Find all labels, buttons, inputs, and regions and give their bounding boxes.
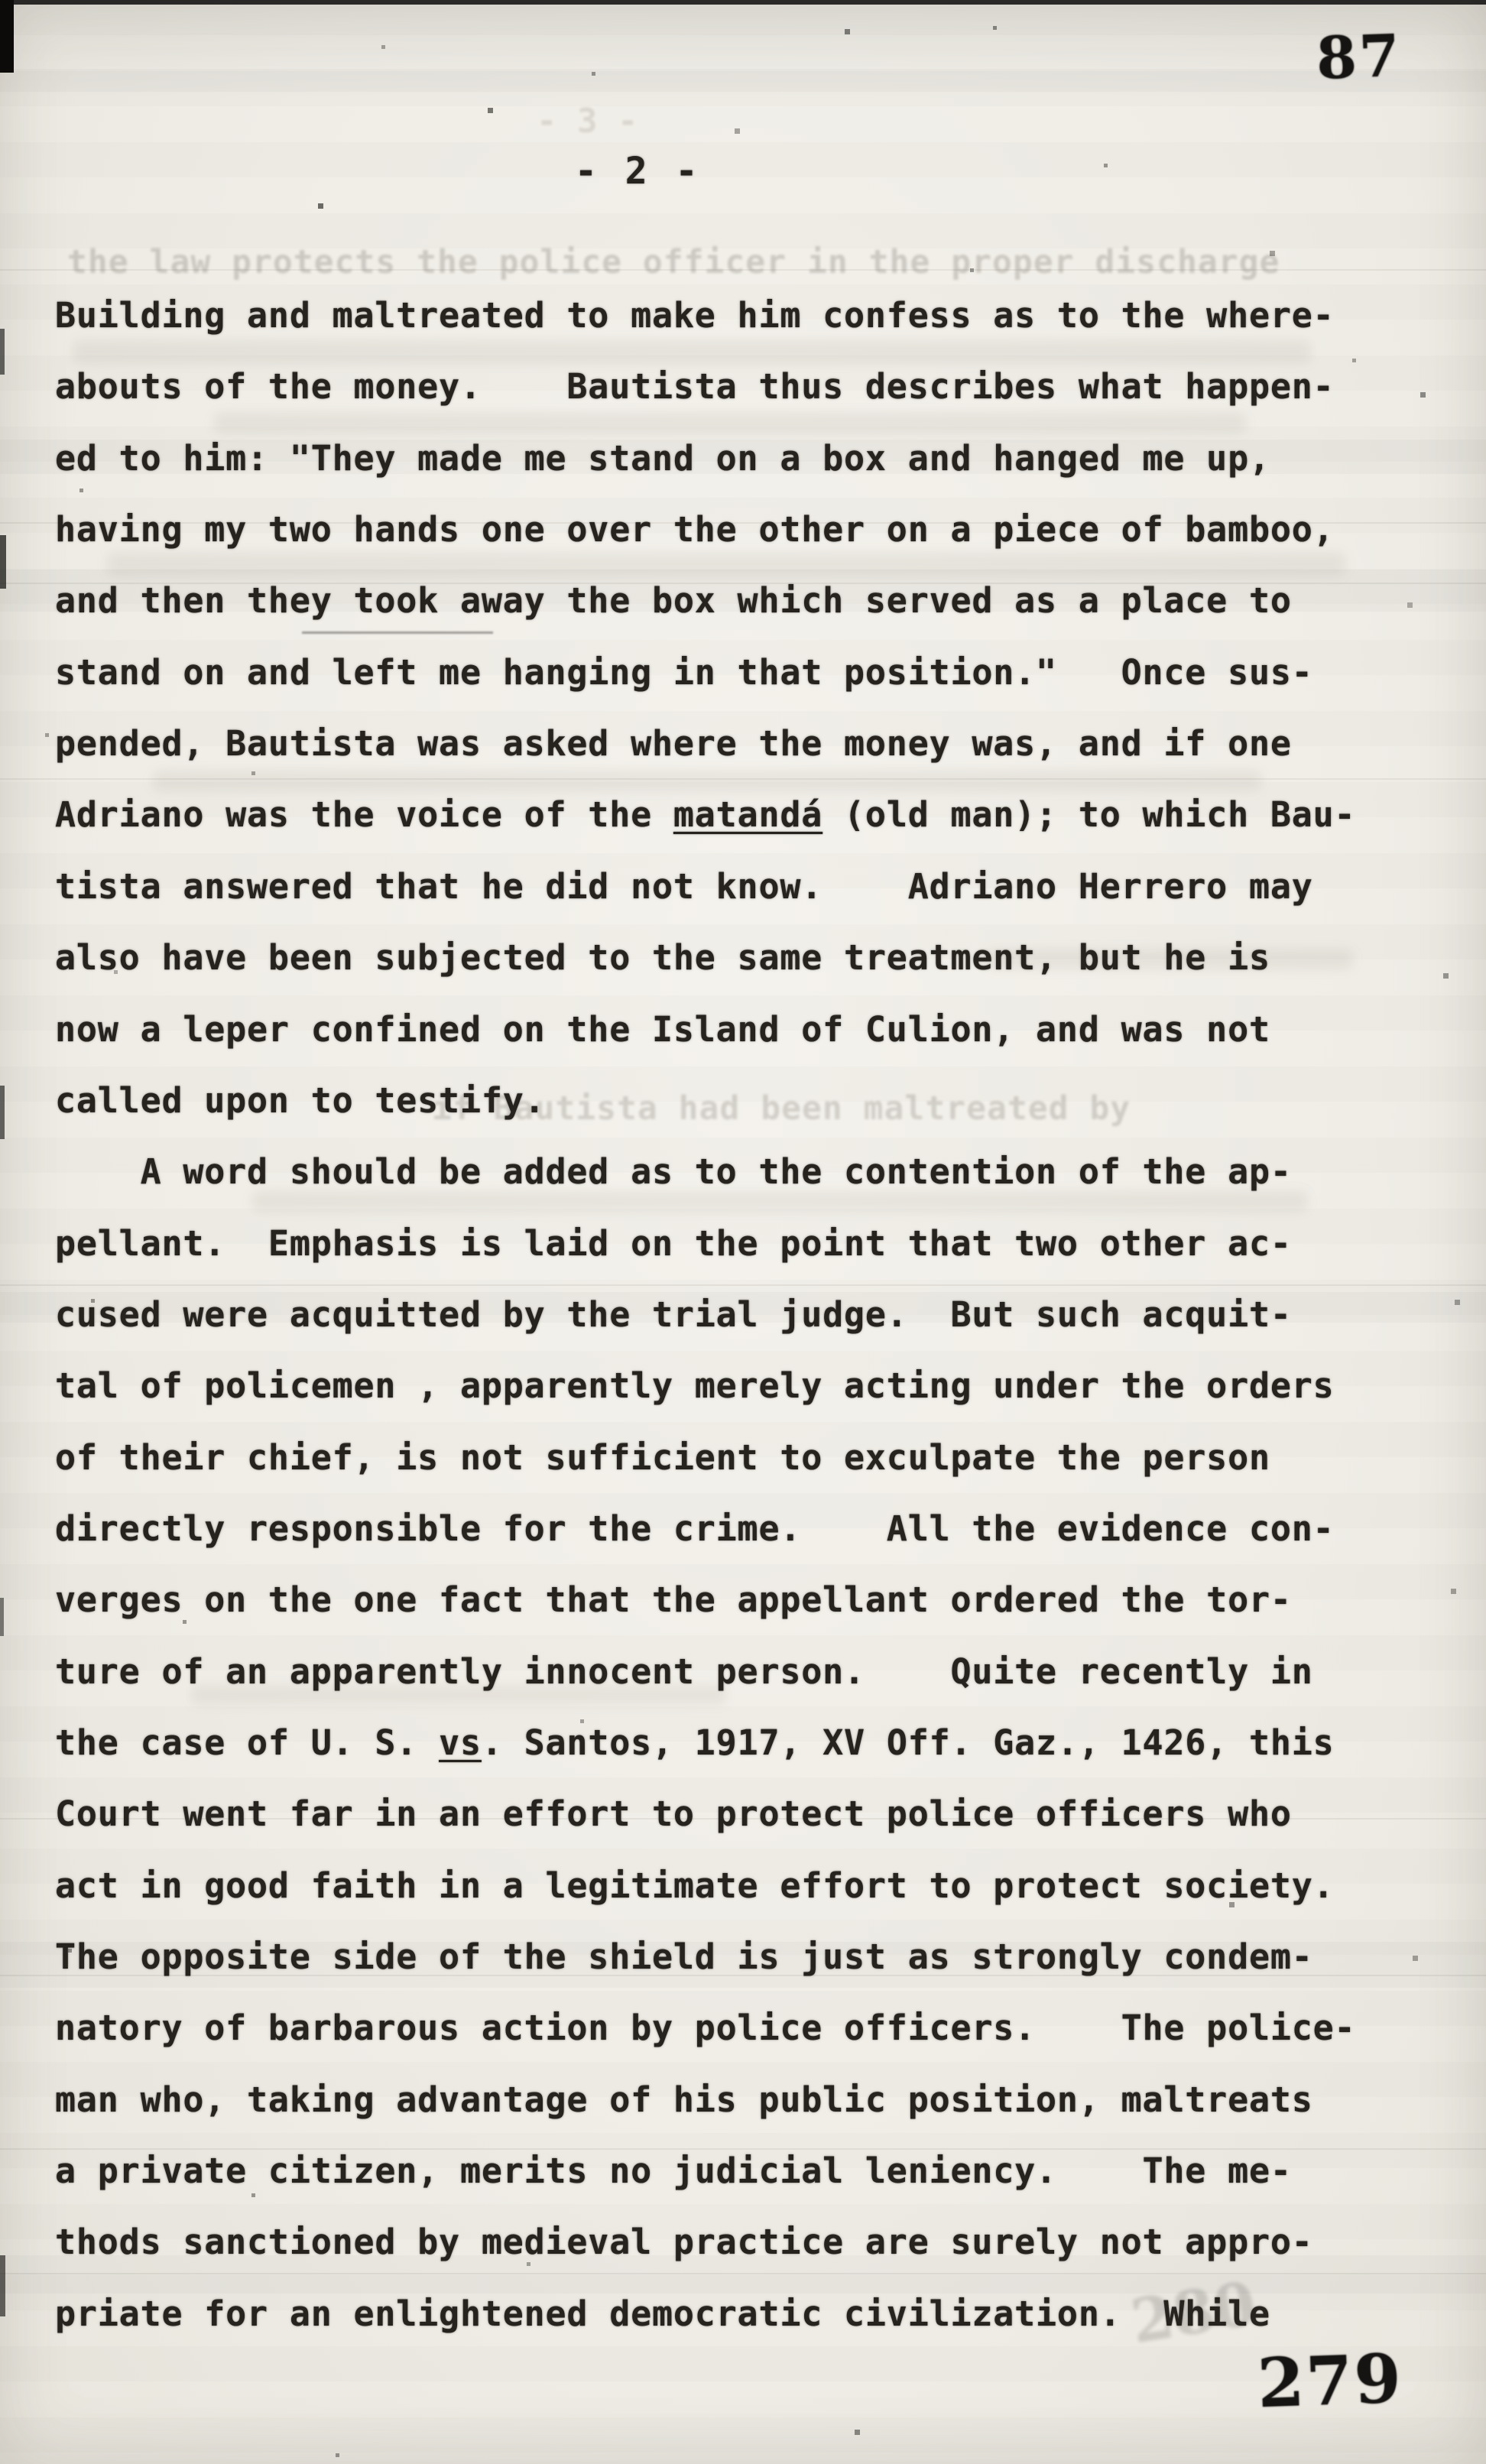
scanned-document-page: - 3 - the law protects the police office… [0,0,1486,2464]
text-line: also have been subjected to the same tre… [55,938,1270,978]
text-segment: (old man); to which Bau- [822,794,1355,835]
text-segment: also have been subjected to the same tre… [55,937,1270,978]
scan-line [0,1284,1486,1286]
underlined-word: vs [439,1722,482,1763]
text-line: stand on and left me hanging in that pos… [55,653,1313,693]
text-segment: of their chief, is not sufficient to exc… [55,1437,1270,1478]
text-segment: pellant. Emphasis is laid on the point t… [55,1223,1292,1264]
scan-edge [0,0,14,73]
page-number: - 2 - [575,151,701,191]
text-line: The opposite side of the shield is just … [55,1937,1313,1977]
text-segment: thods sanctioned by medieval practice ar… [55,2222,1313,2262]
text-line: directly responsible for the crime. All … [55,1509,1335,1549]
text-segment: verges on the one fact that the appellan… [55,1579,1292,1620]
text-segment: Adriano was the voice of the [55,794,673,835]
text-line: priate for an enlightened democratic civ… [55,2294,1270,2334]
dust-specks [0,0,2,2]
text-line: ed to him: "They made me stand on a box … [55,439,1270,479]
underlined-word: matandá [673,794,822,835]
text-line: natory of barbarous action by police off… [55,2008,1355,2048]
text-line: tal of policemen , apparently merely act… [55,1366,1335,1406]
text-segment: tal of policemen , apparently merely act… [55,1365,1335,1406]
text-line: ture of an apparently innocent person. Q… [55,1652,1313,1692]
text-line: of their chief, is not sufficient to exc… [55,1438,1270,1478]
text-segment: directly responsible for the crime. All … [55,1508,1335,1549]
text-line: a private citizen, merits no judicial le… [55,2151,1292,2191]
text-segment: pended, Bautista was asked where the mon… [55,723,1292,764]
text-segment: The opposite side of the shield is just … [55,1936,1313,1977]
text-segment: natory of barbarous action by police off… [55,2008,1355,2048]
text-line: act in good faith in a legitimate effort… [55,1866,1335,1906]
scan-edge [0,535,6,589]
bleedthrough-smudge [107,553,1345,576]
text-line: man who, taking advantage of his public … [55,2080,1313,2120]
bleedthrough-smudge [153,771,1261,790]
text-line: and then they took away the box which se… [55,581,1292,621]
text-segment: now a leper confined on the Island of Cu… [55,1009,1270,1050]
bleedthrough-smudge [73,340,1311,363]
text-segment: . Santos, 1917, XV Off. Gaz., 1426, this [482,1722,1335,1763]
scan-edge [0,329,5,375]
text-line: thods sanctioned by medieval practice ar… [55,2222,1313,2262]
bleedthrough-smudge [252,1191,1307,1211]
text-segment: tista answered that he did not know. Adr… [55,866,1313,907]
text-segment: called upon to testify. [55,1080,546,1121]
stray-ink-line [302,631,493,634]
text-line: now a leper confined on the Island of Cu… [55,1010,1270,1050]
text-segment: ture of an apparently innocent person. Q… [55,1651,1313,1692]
text-segment: Court went far in an effort to protect p… [55,1794,1292,1834]
text-segment: having my two hands one over the other o… [55,509,1335,550]
text-segment: the case of U. S. [55,1722,439,1763]
text-line: cused were acquitted by the trial judge.… [55,1295,1292,1335]
scan-band [0,69,1486,92]
text-line: called upon to testify. [55,1081,546,1121]
text-segment: stand on and left me hanging in that pos… [55,652,1313,693]
text-line: having my two hands one over the other o… [55,510,1335,550]
text-line: pellant. Emphasis is laid on the point t… [55,1224,1292,1264]
scan-edge [0,2255,5,2316]
scan-line [0,2148,1486,2150]
text-line: pended, Bautista was asked where the mon… [55,724,1292,764]
folio-number: 87 [1315,21,1403,93]
text-line: Adriano was the voice of the matandá (ol… [55,795,1355,835]
text-line: Building and maltreated to make him conf… [55,296,1335,336]
ghost-header-line: the law protects the police officer in t… [67,243,1280,281]
text-segment: cused were acquitted by the trial judge.… [55,1294,1292,1335]
text-line: tista answered that he did not know. Adr… [55,867,1313,907]
text-segment: ed to him: "They made me stand on a box … [55,438,1270,479]
text-line: verges on the one fact that the appellan… [55,1580,1292,1620]
text-segment: abouts of the money. Bautista thus descr… [55,366,1335,407]
text-line: A word should be added as to the content… [55,1152,1292,1192]
text-line: Court went far in an effort to protect p… [55,1794,1292,1834]
text-segment: Building and maltreated to make him conf… [55,295,1335,336]
text-segment: act in good faith in a legitimate effort… [55,1865,1335,1906]
scan-edge [0,0,1486,5]
text-segment: a private citizen, merits no judicial le… [55,2151,1292,2191]
text-segment: priate for an enlightened democratic civ… [55,2294,1270,2334]
ghost-page-number: - 3 - [537,102,638,141]
text-segment: and then they took away the box which se… [55,580,1292,621]
text-segment: man who, taking advantage of his public … [55,2079,1313,2120]
scan-edge [0,1086,5,1139]
stamp-number: 279 [1256,2339,1403,2423]
bleedthrough-smudge [214,413,1246,433]
text-line: abouts of the money. Bautista thus descr… [55,367,1335,407]
scan-edge [0,1598,4,1636]
scan-line [0,2273,1486,2274]
text-line: the case of U. S. vs. Santos, 1917, XV O… [55,1723,1335,1763]
text-segment: A word should be added as to the content… [55,1151,1292,1192]
